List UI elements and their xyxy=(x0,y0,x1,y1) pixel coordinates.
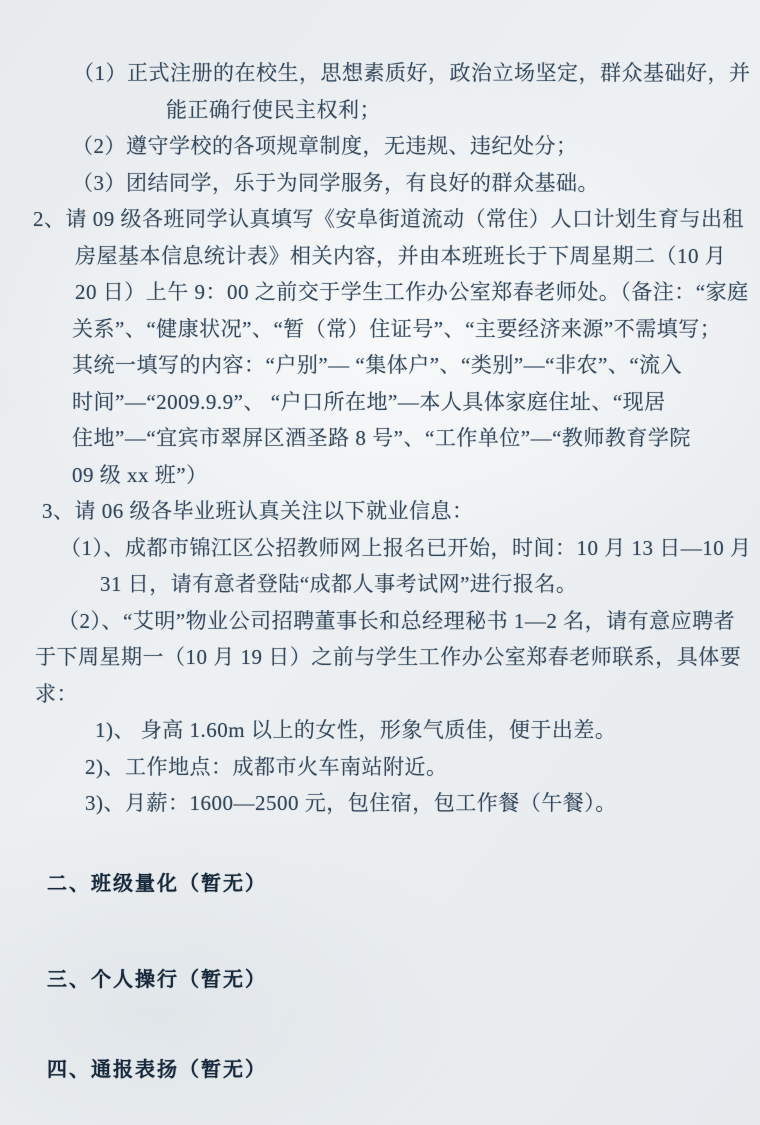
text-line: 房屋基本信息统计表》相关内容，并由本班班长于下周星期二（10 月 xyxy=(33,238,740,275)
text-line: 2)、工作地点：成都市火车南站附近。 xyxy=(33,749,740,786)
text-line: （1）、成都市锦江区公招教师网上报名已开始，时间：10 月 13 日—10 月 xyxy=(33,530,740,567)
text-line: 能正确行使民主权利； xyxy=(33,92,740,129)
text-line: 关系”、“健康状况”、“暂（常）住证号”、“主要经济来源”不需填写； xyxy=(33,311,740,348)
text-line: 求： xyxy=(33,676,740,713)
document-page: （1）正式注册的在校生，思想素质好，政治立场坚定，群众基础好，并 能正确行使民主… xyxy=(0,0,760,1125)
text-line: 09 级 xx 班”） xyxy=(33,457,740,494)
text-line: 3)、月薪：1600—2500 元，包住宿，包工作餐（午餐）。 xyxy=(33,785,740,822)
text-line: （2）遵守学校的各项规章制度，无违规、违纪处分； xyxy=(33,128,740,165)
section-heading-class-quantification: 二、班级量化（暂无） xyxy=(47,872,760,896)
text-line: 3、请 06 级各毕业班认真关注以下就业信息： xyxy=(33,493,740,530)
notice-body: （1）正式注册的在校生，思想素质好，政治立场坚定，群众基础好，并 能正确行使民主… xyxy=(0,0,760,822)
text-line: 2、请 09 级各班同学认真填写《安阜街道流动（常住）人口计划生育与出租 xyxy=(33,201,740,238)
text-line: （1）正式注册的在校生，思想素质好，政治立场坚定，群众基础好，并 xyxy=(33,55,740,92)
text-line: （3）团结同学，乐于为同学服务，有良好的群众基础。 xyxy=(33,165,740,202)
text-line: （2）、“艾明”物业公司招聘董事长和总经理秘书 1—2 名，请有意应聘者 xyxy=(33,603,740,640)
text-line: 20 日）上午 9：00 之前交于学生工作办公室郑春老师处。（备注：“家庭 xyxy=(33,274,740,311)
text-line: 住地”—“宜宾市翠屏区酒圣路 8 号”、“工作单位”—“教师教育学院 xyxy=(33,420,740,457)
text-line: 于下周星期一（10 月 19 日）之前与学生工作办公室郑春老师联系，具体要 xyxy=(33,639,740,676)
section-heading-personal-conduct: 三、个人操行（暂无） xyxy=(47,968,760,992)
section-headings: 二、班级量化（暂无） 三、个人操行（暂无） 四、通报表扬（暂无） xyxy=(0,872,760,1082)
section-heading-commendations: 四、通报表扬（暂无） xyxy=(47,1058,760,1082)
text-line: 1)、 身高 1.60m 以上的女性，形象气质佳，便于出差。 xyxy=(33,712,740,749)
text-line: 其统一填写的内容：“户别”— “集体户”、“类别”—“非农”、“流入 xyxy=(33,347,740,384)
text-line: 时间”—“2009.9.9”、 “户口所在地”—本人具体家庭住址、“现居 xyxy=(33,384,740,421)
text-line: 31 日，请有意者登陆“成都人事考试网”进行报名。 xyxy=(33,566,740,603)
